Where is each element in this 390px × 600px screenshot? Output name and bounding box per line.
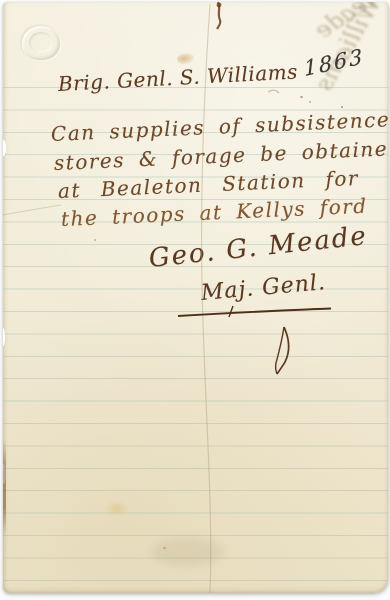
paper: Meade Williams 1863 Brig. Genl. S. Willi… [3, 2, 388, 593]
stain [300, 96, 303, 98]
embossed-seal-ring [29, 32, 53, 53]
stain [176, 52, 194, 65]
stain [309, 101, 311, 103]
top-tear-mark [217, 2, 220, 29]
stain [341, 106, 343, 108]
stain [94, 239, 96, 241]
torn-edge-stain [3, 440, 6, 536]
scanned-letter-photo: Meade Williams 1863 Brig. Genl. S. Willi… [0, 0, 390, 600]
stain [163, 547, 166, 549]
embossed-seal [22, 26, 60, 60]
top-tear-mark [217, 3, 222, 8]
